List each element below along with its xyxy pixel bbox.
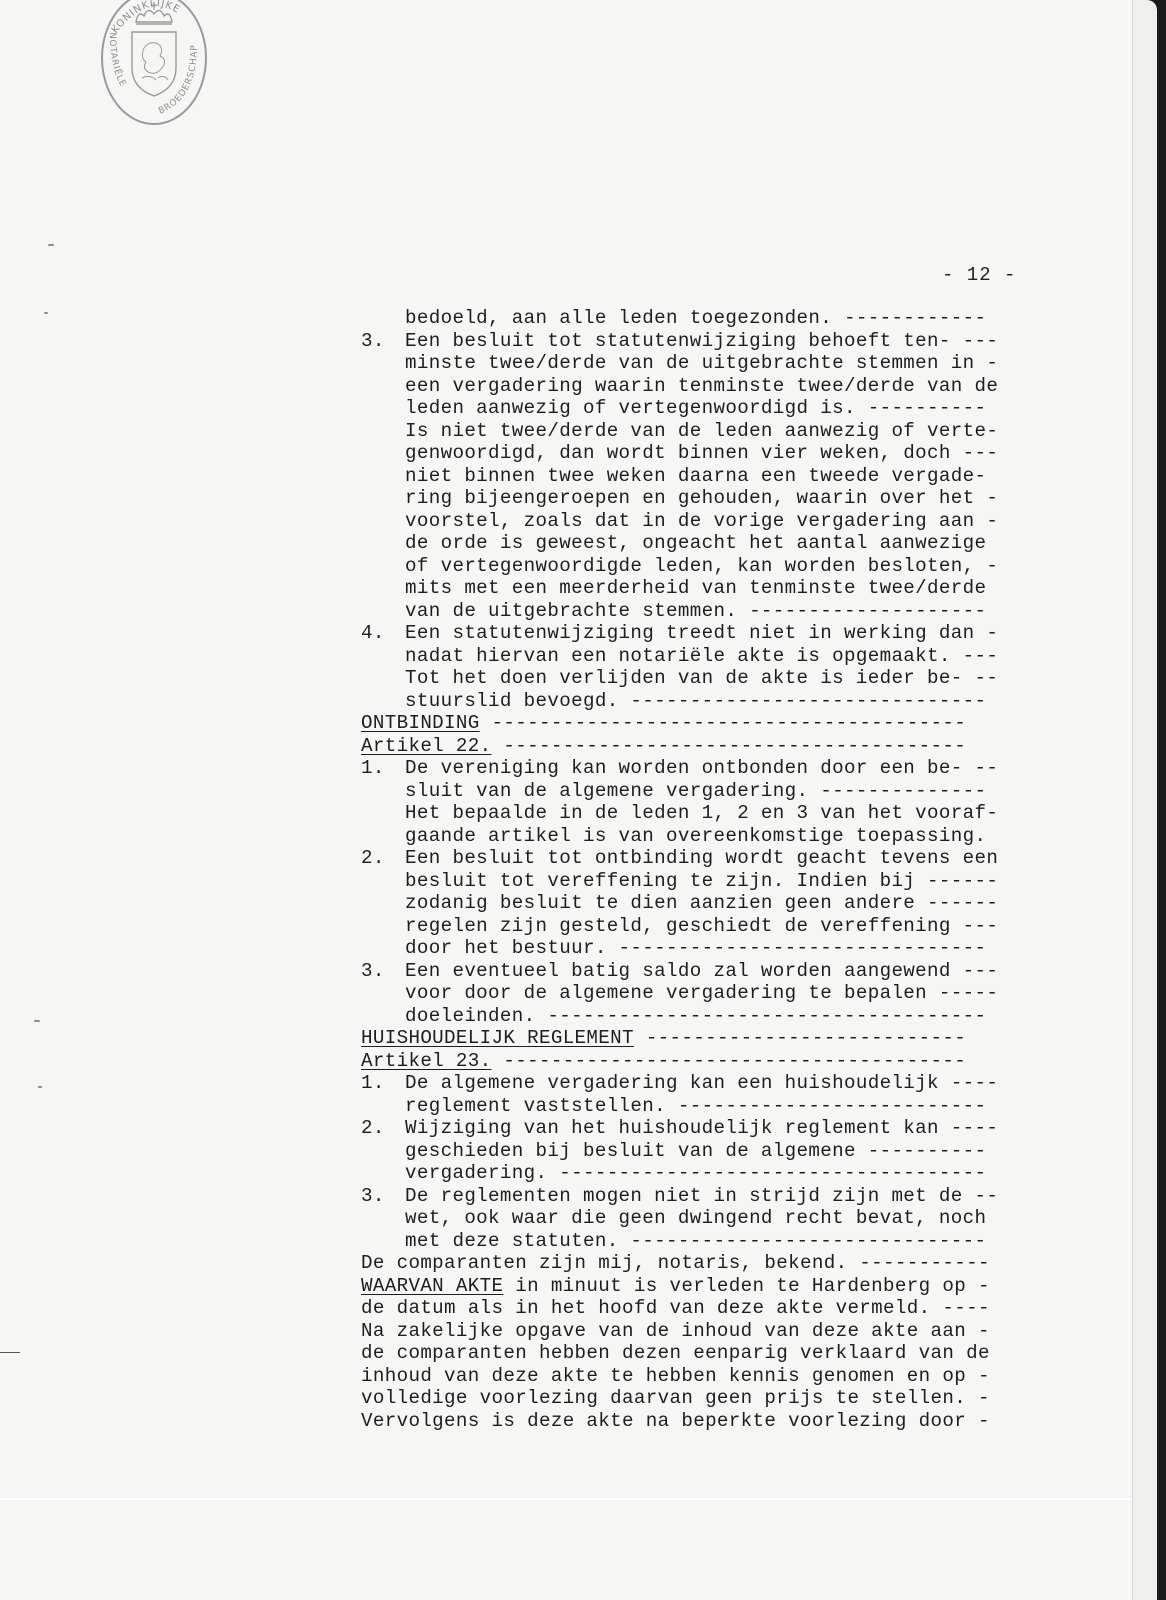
- line-text: leden aanwezig of vertegenwoordigd is. -…: [405, 397, 986, 419]
- line-text: De vereniging kan worden ontbonden door …: [405, 757, 998, 779]
- underlined-heading: Artikel 23.: [361, 1050, 492, 1072]
- line-text: De reglementen mogen niet in strijd zijn…: [405, 1185, 998, 1207]
- text-line: HUISHOUDELIJK REGLEMENT ----------------…: [361, 1027, 1081, 1050]
- line-text: Wijziging van het huishoudelijk reglemen…: [405, 1117, 998, 1139]
- text-line: sluit van de algemene vergadering. -----…: [361, 780, 1081, 803]
- text-line: Het bepaalde in de leden 1, 2 en 3 van h…: [361, 802, 1081, 825]
- text-line: ONTBINDING -----------------------------…: [361, 712, 1081, 735]
- punch-mark: [44, 312, 48, 314]
- line-text: Vervolgens is deze akte na beperkte voor…: [361, 1410, 990, 1432]
- text-line: ring bijeengeroepen en gehouden, waarin …: [361, 487, 1081, 510]
- page-number: - 12 -: [942, 264, 1016, 286]
- line-text: reglement vaststellen. -----------------…: [405, 1095, 986, 1117]
- text-line: 3.Een eventueel batig saldo zal worden a…: [361, 960, 1081, 983]
- line-text: ----------------------------------------: [480, 712, 966, 734]
- list-number: 1.: [361, 757, 405, 780]
- line-text: regelen zijn gesteld, geschiedt de veref…: [405, 915, 998, 937]
- underlined-heading: WAARVAN AKTE: [361, 1275, 503, 1297]
- list-number: 3.: [361, 330, 405, 353]
- line-text: besluit tot vereffening te zijn. Indien …: [405, 870, 998, 892]
- line-text: geschieden bij besluit van de algemene -…: [405, 1140, 986, 1162]
- text-line: inhoud van deze akte te hebben kennis ge…: [361, 1365, 1081, 1388]
- text-line: wet, ook waar die geen dwingend recht be…: [361, 1207, 1081, 1230]
- line-text: stuurslid bevoegd. ---------------------…: [405, 690, 986, 712]
- text-line: WAARVAN AKTE in minuut is verleden te Ha…: [361, 1275, 1081, 1298]
- text-line: 4.Een statutenwijziging treedt niet in w…: [361, 622, 1081, 645]
- list-number: 1.: [361, 1072, 405, 1095]
- line-text: Is niet twee/derde van de leden aanwezig…: [405, 420, 998, 442]
- line-text: gaande artikel is van overeenkomstige to…: [405, 825, 986, 847]
- svg-text:NOTARIËLE: NOTARIËLE: [107, 32, 128, 89]
- text-line: zodanig besluit te dien aanzien geen and…: [361, 892, 1081, 915]
- line-text: genwoordigd, dan wordt binnen vier weken…: [405, 442, 998, 464]
- line-text: door het bestuur. ----------------------…: [405, 937, 986, 959]
- text-line: Vervolgens is deze akte na beperkte voor…: [361, 1410, 1081, 1433]
- text-line: De comparanten zijn mij, notaris, bekend…: [361, 1252, 1081, 1275]
- text-line: mits met een meerderheid van tenminste t…: [361, 577, 1081, 600]
- underlined-heading: ONTBINDING: [361, 712, 480, 734]
- crowned-lion-shield-icon: KONINKLIJKE NOTARIËLE BROEDERSCHAP: [98, 0, 210, 128]
- text-line: 2.Een besluit tot ontbinding wordt geach…: [361, 847, 1081, 870]
- text-line: nadat hiervan een notariële akte is opge…: [361, 645, 1081, 668]
- line-text: in minuut is verleden te Hardenberg op -: [503, 1275, 989, 1297]
- text-line: genwoordigd, dan wordt binnen vier weken…: [361, 442, 1081, 465]
- text-line: voorstel, zoals dat in de vorige vergade…: [361, 510, 1081, 533]
- line-text: Een eventueel batig saldo zal worden aan…: [405, 960, 998, 982]
- text-line: gaande artikel is van overeenkomstige to…: [361, 825, 1081, 848]
- text-line: reglement vaststellen. -----------------…: [361, 1095, 1081, 1118]
- line-text: doeleinden. ----------------------------…: [405, 1005, 986, 1027]
- line-text: inhoud van deze akte te hebben kennis ge…: [361, 1365, 990, 1387]
- line-text: bedoeld, aan alle leden toegezonden. ---…: [405, 307, 986, 329]
- line-text: ---------------------------: [634, 1027, 966, 1049]
- underlined-heading: HUISHOUDELIJK REGLEMENT: [361, 1027, 634, 1049]
- line-text: ring bijeengeroepen en gehouden, waarin …: [405, 487, 998, 509]
- text-line: doeleinden. ----------------------------…: [361, 1005, 1081, 1028]
- text-line: de datum als in het hoofd van deze akte …: [361, 1297, 1081, 1320]
- line-text: Na zakelijke opgave van de inhoud van de…: [361, 1320, 990, 1342]
- document-page: KONINKLIJKE NOTARIËLE BROEDERSCHAP - 12 …: [0, 0, 1132, 1600]
- line-text: wet, ook waar die geen dwingend recht be…: [405, 1207, 986, 1229]
- text-line: de comparanten hebben dezen eenparig ver…: [361, 1342, 1081, 1365]
- text-line: geschieden bij besluit van de algemene -…: [361, 1140, 1081, 1163]
- line-text: voor door de algemene vergadering te bep…: [405, 982, 998, 1004]
- text-line: de orde is geweest, ongeacht het aantal …: [361, 532, 1081, 555]
- line-text: ---------------------------------------: [492, 735, 967, 757]
- text-line: een vergadering waarin tenminste twee/de…: [361, 375, 1081, 398]
- line-text: of vertegenwoordigde leden, kan worden b…: [405, 555, 998, 577]
- line-text: met deze statuten. ---------------------…: [405, 1230, 986, 1252]
- text-line: Na zakelijke opgave van de inhoud van de…: [361, 1320, 1081, 1343]
- text-line: vergadering. ---------------------------…: [361, 1162, 1081, 1185]
- text-line: of vertegenwoordigde leden, kan worden b…: [361, 555, 1081, 578]
- line-text: Een statutenwijziging treedt niet in wer…: [405, 622, 998, 644]
- line-text: Een besluit tot statutenwijziging behoef…: [405, 330, 998, 352]
- text-line: 3.De reglementen mogen niet in strijd zi…: [361, 1185, 1081, 1208]
- text-line: stuurslid bevoegd. ---------------------…: [361, 690, 1081, 713]
- line-text: nadat hiervan een notariële akte is opge…: [405, 645, 998, 667]
- line-text: de comparanten hebben dezen eenparig ver…: [361, 1342, 990, 1364]
- line-text: niet binnen twee weken daarna een tweede…: [405, 465, 986, 487]
- list-number: 4.: [361, 622, 405, 645]
- punch-mark: [34, 1020, 40, 1022]
- text-line: leden aanwezig of vertegenwoordigd is. -…: [361, 397, 1081, 420]
- text-line: 2.Wijziging van het huishoudelijk reglem…: [361, 1117, 1081, 1140]
- line-text: Het bepaalde in de leden 1, 2 en 3 van h…: [405, 802, 998, 824]
- text-line: 1.De algemene vergadering kan een huisho…: [361, 1072, 1081, 1095]
- text-line: voor door de algemene vergadering te bep…: [361, 982, 1081, 1005]
- text-line: door het bestuur. ----------------------…: [361, 937, 1081, 960]
- punch-mark: [38, 1086, 42, 1088]
- text-line: van de uitgebrachte stemmen. -----------…: [361, 600, 1081, 623]
- line-text: minste twee/derde van de uitgebrachte st…: [405, 352, 998, 374]
- line-text: De algemene vergadering kan een huishoud…: [405, 1072, 998, 1094]
- list-number: 3.: [361, 1185, 405, 1208]
- margin-rule: [0, 1352, 20, 1353]
- line-text: Tot het doen verlijden van de akte is ie…: [405, 667, 998, 689]
- svg-text:BROEDERSCHAP: BROEDERSCHAP: [157, 44, 200, 116]
- notary-seal: KONINKLIJKE NOTARIËLE BROEDERSCHAP: [98, 0, 210, 128]
- line-text: ---------------------------------------: [492, 1050, 967, 1072]
- text-line: 1.De vereniging kan worden ontbonden doo…: [361, 757, 1081, 780]
- line-text: voorstel, zoals dat in de vorige vergade…: [405, 510, 998, 532]
- text-line: volledige voorlezing daarvan geen prijs …: [361, 1387, 1081, 1410]
- list-number: 2.: [361, 847, 405, 870]
- text-line: Artikel 23. ----------------------------…: [361, 1050, 1081, 1073]
- seal-left-text: NOTARIËLE: [107, 32, 128, 89]
- text-line: besluit tot vereffening te zijn. Indien …: [361, 870, 1081, 893]
- text-line: regelen zijn gesteld, geschiedt de veref…: [361, 915, 1081, 938]
- line-text: mits met een meerderheid van tenminste t…: [405, 577, 986, 599]
- seal-right-text: BROEDERSCHAP: [157, 44, 200, 116]
- deed-body-text: bedoeld, aan alle leden toegezonden. ---…: [361, 307, 1081, 1432]
- text-line: Artikel 22. ----------------------------…: [361, 735, 1081, 758]
- line-text: de orde is geweest, ongeacht het aantal …: [405, 532, 986, 554]
- line-text: vergadering. ---------------------------…: [405, 1162, 986, 1184]
- line-text: sluit van de algemene vergadering. -----…: [405, 780, 986, 802]
- text-line: minste twee/derde van de uitgebrachte st…: [361, 352, 1081, 375]
- text-line: Tot het doen verlijden van de akte is ie…: [361, 667, 1081, 690]
- line-text: zodanig besluit te dien aanzien geen and…: [405, 892, 998, 914]
- underlined-heading: Artikel 22.: [361, 735, 492, 757]
- punch-mark: [48, 244, 54, 246]
- list-number: 2.: [361, 1117, 405, 1140]
- line-text: De comparanten zijn mij, notaris, bekend…: [361, 1252, 990, 1274]
- line-text: Een besluit tot ontbinding wordt geacht …: [405, 847, 998, 869]
- list-number: 3.: [361, 960, 405, 983]
- text-line: met deze statuten. ---------------------…: [361, 1230, 1081, 1253]
- text-line: 3.Een besluit tot statutenwijziging beho…: [361, 330, 1081, 353]
- line-text: van de uitgebrachte stemmen. -----------…: [405, 600, 986, 622]
- line-text: de datum als in het hoofd van deze akte …: [361, 1297, 990, 1319]
- page-crease: [0, 1498, 1132, 1500]
- line-text: volledige voorlezing daarvan geen prijs …: [361, 1387, 990, 1409]
- text-line: Is niet twee/derde van de leden aanwezig…: [361, 420, 1081, 443]
- text-line: niet binnen twee weken daarna een tweede…: [361, 465, 1081, 488]
- text-line: bedoeld, aan alle leden toegezonden. ---…: [361, 307, 1081, 330]
- page-edge: [1132, 0, 1157, 1600]
- line-text: een vergadering waarin tenminste twee/de…: [405, 375, 998, 397]
